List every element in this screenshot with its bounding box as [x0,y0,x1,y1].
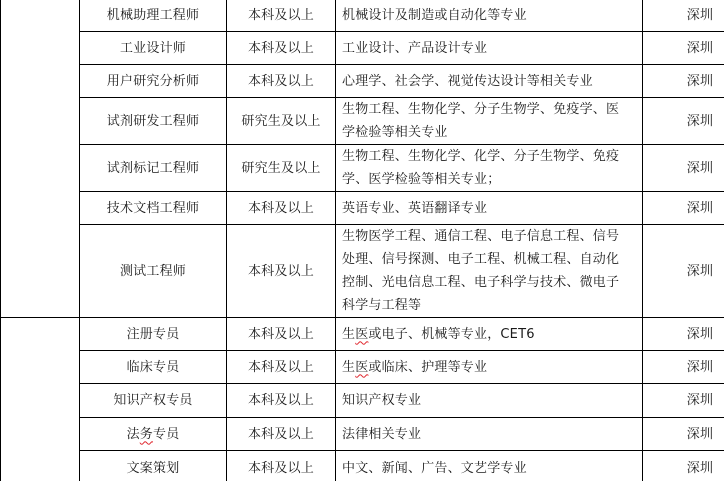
location-cell: 深圳 [643,384,724,418]
table-row: 机械助理工程师 本科及以上 机械设计及制造或自动化等专业 深圳 [1,0,724,32]
major-cell: 中文、新闻、广告、文艺学专业 [336,451,643,481]
spellcheck-flagged-text: 医 [355,327,368,342]
major-line: 生物工程、生物化学、化学、分子生物学、免疫 [342,145,638,168]
table-row: 工业设计师 本科及以上 工业设计、产品设计专业 深圳 [1,32,724,65]
major-line: 生物工程、生物化学、分子生物学、免疫学、医 [342,98,638,121]
location-text: 深圳 [643,356,724,379]
education-cell: 本科及以上 [227,0,336,32]
position-cell: 工业设计师 [80,32,227,65]
major-line: 科学与工程等 [342,294,638,317]
major-cell: 生医或电子、机械等专业，CET6 [336,318,643,351]
table-row: 测试工程师 本科及以上 生物医学工程、通信工程、电子信息工程、信号 处理、信号探… [1,225,724,318]
table-row: 试剂标记工程师 研究生及以上 生物工程、生物化学、化学、分子生物学、免疫 学、医… [1,145,724,192]
location-text: 深圳 [643,389,724,412]
location-cell: 深圳 [643,351,724,384]
position-cell: 临床专员 [80,351,227,384]
education-cell: 本科及以上 [227,318,336,351]
location-cell: 深圳 [643,318,724,351]
major-cell: 知识产权专业 [336,384,643,418]
location-cell: 深圳 [643,65,724,98]
education-cell: 本科及以上 [227,351,336,384]
table-row: 文案策划 本科及以上 中文、新闻、广告、文艺学专业 深圳 [1,451,724,481]
major-line: 控制、光电信息工程、电子科学与技术、微电子 [342,271,638,294]
major-text-part: 或临床、护理等专业 [368,360,487,375]
major-cell: 机械设计及制造或自动化等专业 [336,0,643,32]
location-text: 深圳 [643,423,724,446]
location-text: 深圳 [643,260,724,283]
education-cell: 研究生及以上 [227,145,336,192]
position-cell: 法务专员 [80,418,227,451]
table-row: 知识产权专员 本科及以上 知识产权专业 深圳 [1,384,724,418]
education-cell: 本科及以上 [227,192,336,225]
department-cell-group1 [1,0,80,318]
major-text-part: 生 [342,327,355,342]
location-text: 深圳 [643,457,724,480]
table-row: 试剂研发工程师 研究生及以上 生物工程、生物化学、分子生物学、免疫学、医 学检验… [1,98,724,145]
position-cell: 文案策划 [80,451,227,481]
location-cell: 深圳 [643,32,724,65]
position-cell: 注册专员 [80,318,227,351]
position-text-part: 专员 [153,427,179,442]
education-cell: 本科及以上 [227,65,336,98]
spellcheck-flagged-text: 医 [355,360,368,375]
major-cell: 生物工程、生物化学、分子生物学、免疫学、医 学检验等相关专业 [336,98,643,145]
location-text: 深圳 [643,70,724,93]
position-cell: 知识产权专员 [80,384,227,418]
position-cell: 测试工程师 [80,225,227,318]
position-cell: 机械助理工程师 [80,0,227,32]
location-cell: 深圳 [643,145,724,192]
major-line: 处理、信号探测、电子工程、机械工程、自动化 [342,248,638,271]
location-text: 深圳 [643,4,724,27]
location-cell: 深圳 [643,98,724,145]
major-text-part: 或电子、机械等专业，CET6 [368,327,534,342]
location-cell: 深圳 [643,192,724,225]
table-row: 法务专员 本科及以上 法律相关专业 深圳 [1,418,724,451]
location-text: 深圳 [643,323,724,346]
education-cell: 本科及以上 [227,418,336,451]
major-cell: 生物工程、生物化学、化学、分子生物学、免疫 学、医学检验等相关专业； [336,145,643,192]
location-cell: 深圳 [643,225,724,318]
position-cell: 试剂标记工程师 [80,145,227,192]
location-text: 深圳 [643,157,724,180]
position-cell: 用户研究分析师 [80,65,227,98]
major-cell: 法律相关专业 [336,418,643,451]
major-cell: 生物医学工程、通信工程、电子信息工程、信号 处理、信号探测、电子工程、机械工程、… [336,225,643,318]
location-text: 深圳 [643,197,724,220]
major-cell: 工业设计、产品设计专业 [336,32,643,65]
table-row: 技术文档工程师 本科及以上 英语专业、英语翻译专业 深圳 [1,192,724,225]
major-cell: 心理学、社会学、视觉传达设计等相关专业 [336,65,643,98]
education-cell: 研究生及以上 [227,98,336,145]
position-cell: 技术文档工程师 [80,192,227,225]
major-cell: 生医或临床、护理等专业 [336,351,643,384]
education-cell: 本科及以上 [227,384,336,418]
table-row: 注册专员 本科及以上 生医或电子、机械等专业，CET6 深圳 [1,318,724,351]
major-line: 生物医学工程、通信工程、电子信息工程、信号 [342,225,638,248]
location-cell: 深圳 [643,451,724,481]
position-text-part: 法 [127,427,140,442]
location-cell: 深圳 [643,0,724,32]
major-line: 学检验等相关专业 [342,121,638,144]
position-cell: 试剂研发工程师 [80,98,227,145]
education-cell: 本科及以上 [227,451,336,481]
location-cell: 深圳 [643,418,724,451]
department-cell-group2 [1,318,80,481]
table-row: 用户研究分析师 本科及以上 心理学、社会学、视觉传达设计等相关专业 深圳 [1,65,724,98]
spellcheck-flagged-text: 务 [140,427,153,442]
major-text-part: 生 [342,360,355,375]
education-cell: 本科及以上 [227,225,336,318]
recruitment-table: 机械助理工程师 本科及以上 机械设计及制造或自动化等专业 深圳 工业设计师 本科… [0,0,724,481]
education-cell: 本科及以上 [227,32,336,65]
location-text: 深圳 [643,110,724,133]
table-row: 临床专员 本科及以上 生医或临床、护理等专业 深圳 [1,351,724,384]
major-cell: 英语专业、英语翻译专业 [336,192,643,225]
major-line: 学、医学检验等相关专业； [342,168,638,191]
location-text: 深圳 [643,37,724,60]
recruitment-table-container: 机械助理工程师 本科及以上 机械设计及制造或自动化等专业 深圳 工业设计师 本科… [0,0,724,481]
